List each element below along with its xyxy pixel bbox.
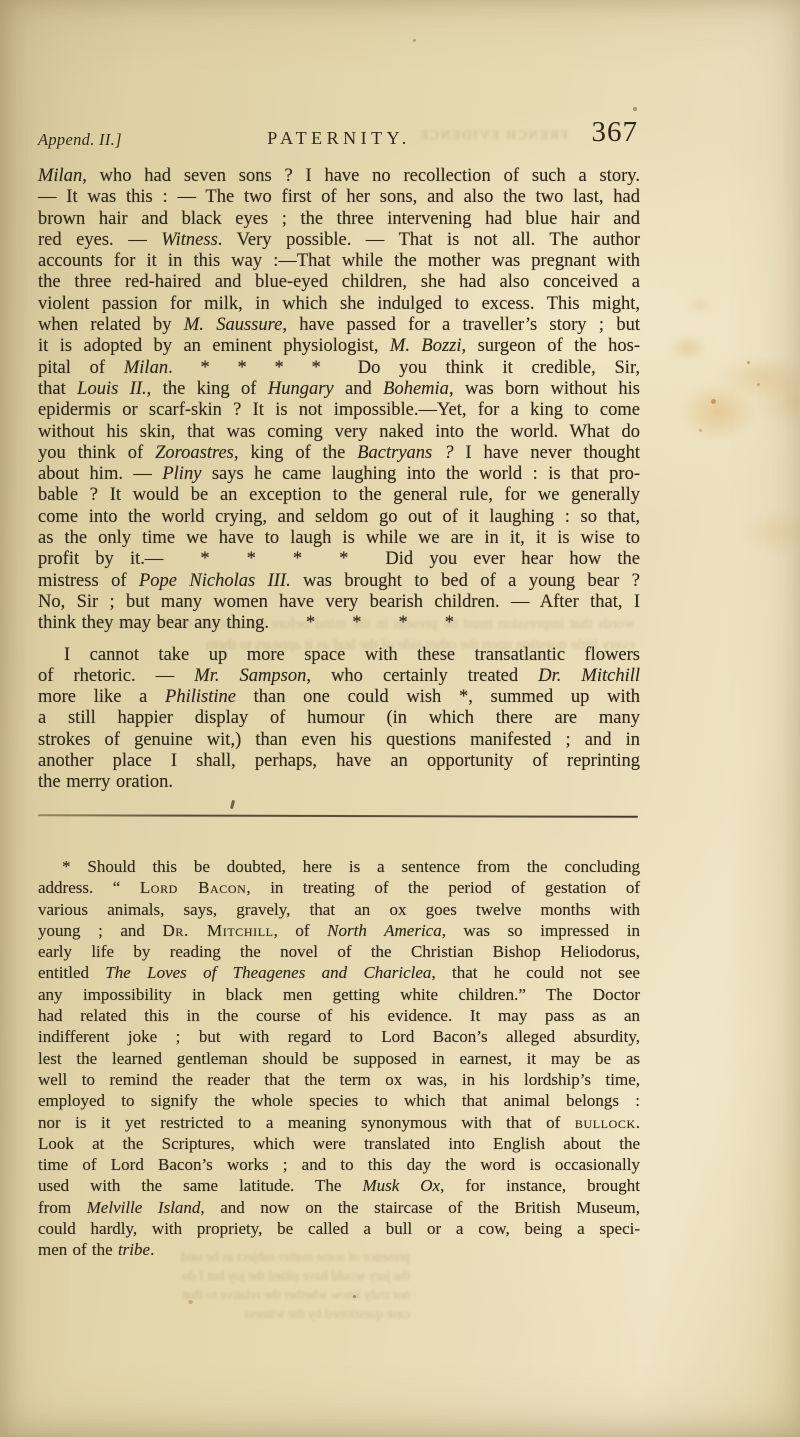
main-text-block: Milan, who had seven sons ? I have no re… — [38, 166, 640, 794]
text-line: lest the learned gentleman should be sup… — [38, 1048, 640, 1069]
text-line: epidermis or scarf-skin ? It is not impo… — [38, 400, 640, 421]
text-line: men of the tribe. — [38, 1239, 640, 1260]
text-line: entitled The Loves of Theagenes and Char… — [38, 962, 640, 983]
text-line: I cannot take up more space with these t… — [38, 645, 640, 666]
text-line: various animals, says, gravely, that an … — [38, 899, 640, 920]
paper-speck — [633, 107, 637, 111]
ink-mark — [230, 800, 235, 809]
text-line: when related by M. Saussure, have passed… — [38, 315, 640, 336]
text-line: think they may bear any thing. * * * * — [38, 613, 640, 634]
text-line: from Melville Island, and now on the sta… — [38, 1197, 640, 1218]
paper-speck — [188, 1300, 193, 1304]
text-line: pital of Milan. * * * * Do you think it … — [38, 358, 640, 379]
text-line: profit by it.— * * * * Did you ever hear… — [38, 549, 640, 570]
text-line: could hardly, with propriety, be called … — [38, 1218, 640, 1239]
text-line: that Louis II., the king of Hungary and … — [38, 379, 640, 400]
text-line: as the only time we have to laugh is whi… — [38, 528, 640, 549]
text-line: it is adopted by an eminent physiologist… — [38, 336, 640, 357]
text-line: had related this in the course of his ev… — [38, 1005, 640, 1026]
text-line: more like a Philistine than one could wi… — [38, 687, 640, 708]
text-line: time of Lord Bacon’s works ; and to this… — [38, 1154, 640, 1175]
text-line: address. “ Lord Bacon, in treating of th… — [38, 877, 640, 898]
paper-speck — [747, 361, 750, 364]
text-line: red eyes. — Witness. Very possible. — Th… — [38, 230, 640, 251]
text-line: Look at the Scriptures, which were trans… — [38, 1133, 640, 1154]
footnote-block: * Should this be doubted, here is a sent… — [38, 856, 640, 1261]
text-line: you think of Zoroastres, king of the Bac… — [38, 443, 640, 464]
paper-speck — [413, 39, 416, 42]
paper-speck — [757, 383, 760, 386]
text-line: employed to signify the whole species to… — [38, 1090, 640, 1111]
text-line: indifferent joke ; but with regard to Lo… — [38, 1026, 640, 1047]
text-line: Milan, who had seven sons ? I have no re… — [38, 166, 640, 187]
text-line: bable ? It would be an exception to the … — [38, 485, 640, 506]
text-line: without his skin, that was coming very n… — [38, 422, 640, 443]
paper-speck — [699, 429, 702, 432]
text-line: violent passion for milk, in which she i… — [38, 294, 640, 315]
page-number: 367 — [38, 116, 638, 149]
book-page: FRENCH EVIDENCE words that impression mu… — [0, 0, 800, 1437]
text-line: — It was this : — The two first of her s… — [38, 187, 640, 208]
text-line: of rhetoric. — Mr. Sampson, who certainl… — [38, 666, 640, 687]
text-line: well to remind the reader that the term … — [38, 1069, 640, 1090]
text-line: about him. — Pliny says he came laughing… — [38, 464, 640, 485]
text-line: a still happier display of humour (in wh… — [38, 708, 640, 729]
text-line: No, Sir ; but many women have very beari… — [38, 592, 640, 613]
text-line: nor is it yet restricted to a meaning sy… — [38, 1112, 640, 1133]
text-line: accounts for it in this way :—That while… — [38, 251, 640, 272]
text-line: strokes of genuine wit,) than even his q… — [38, 730, 640, 751]
paper-stain — [620, 270, 800, 600]
text-line: another place I shall, perhaps, have an … — [38, 751, 640, 772]
paper-speck — [353, 1295, 356, 1298]
text-line: young ; and Dr. Mitchill, of North Ameri… — [38, 920, 640, 941]
text-line: mistress of Pope Nicholas III. was broug… — [38, 571, 640, 592]
paper-speck — [711, 399, 716, 404]
text-line: the merry oration. — [38, 772, 640, 793]
text-line: come into the world crying, and seldom g… — [38, 507, 640, 528]
text-line: * Should this be doubted, here is a sent… — [38, 856, 640, 877]
text-line: used with the same latitude. The Musk Ox… — [38, 1175, 640, 1196]
text-line: brown hair and black eyes ; the three in… — [38, 209, 640, 230]
footnote-separator-rule — [38, 814, 638, 818]
text-line: early life by reading the novel of the C… — [38, 941, 640, 962]
text-line: any impossibility in black men getting w… — [38, 984, 640, 1005]
text-line: the three red-haired and blue-eyed child… — [38, 272, 640, 293]
